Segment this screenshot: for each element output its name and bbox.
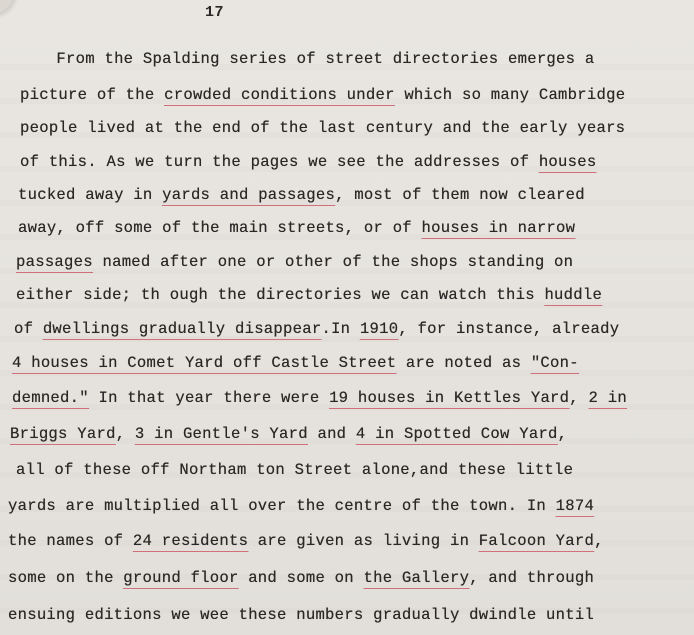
text-line: 4 houses in Comet Yard off Castle Street… [12, 354, 579, 372]
text-segment: , and through [469, 569, 594, 587]
underlined-phrase: huddle [544, 286, 602, 304]
text-line: of this. As we turn the pages we see the… [20, 153, 596, 171]
text-line: demned." In that year there were 19 hous… [12, 389, 627, 407]
text-line: the names of 24 residents are given as l… [8, 532, 604, 550]
text-segment: , most of them now cleared [335, 186, 585, 204]
underlined-phrase: 19 houses in Kettles Yard [329, 389, 569, 407]
text-line: people lived at the end of the last cent… [20, 119, 625, 137]
text-segment: , for instance, already [398, 320, 619, 338]
text-segment: either side; th ough the directories we … [16, 286, 544, 304]
underlined-phrase: Falcoon Yard [479, 532, 594, 550]
underlined-phrase: "Con- [531, 354, 579, 372]
text-segment: are given as living in [248, 532, 479, 550]
text-segment: and some on [239, 569, 364, 587]
underlined-phrase: 1874 [556, 497, 594, 515]
text-segment: all of these off Northam ton Street alon… [16, 461, 573, 479]
text-segment: , [558, 425, 568, 443]
text-line: picture of the crowded conditions under … [20, 86, 625, 104]
text-segment: In that year there were [89, 389, 329, 407]
underlined-phrase: the Gallery [364, 569, 470, 587]
text-segment: of [14, 320, 43, 338]
text-segment: and [308, 425, 356, 443]
page-corner-curl [0, 0, 14, 14]
text-line: Briggs Yard, 3 in Gentle's Yard and 4 in… [10, 425, 567, 443]
text-segment: of this. As we turn the pages we see the… [20, 153, 539, 171]
underlined-phrase: demned." [12, 389, 89, 407]
underlined-phrase: 2 in [589, 389, 627, 407]
text-segment: named after one or other of the shops st… [93, 253, 573, 271]
underlined-phrase: houses in narrow [422, 219, 576, 237]
text-segment: yards are multiplied all over the centre… [8, 497, 556, 515]
underlined-phrase: ground floor [123, 569, 238, 587]
underlined-phrase: crowded conditions under [164, 86, 395, 104]
underlined-phrase: yards and passages [162, 186, 335, 204]
text-line: From the Spalding series of street direc… [18, 50, 594, 68]
text-segment: .In [321, 320, 359, 338]
text-segment: picture of the [20, 86, 164, 104]
page-number: 17 [205, 4, 224, 21]
text-line: some on the ground floor and some on the… [8, 569, 594, 587]
text-segment: people lived at the end of the last cent… [20, 119, 625, 137]
text-segment: , [116, 425, 135, 443]
text-line: tucked away in yards and passages, most … [18, 186, 585, 204]
text-segment: the names of [8, 532, 133, 550]
underlined-phrase: 4 houses in Comet Yard off Castle Street [12, 354, 396, 372]
text-segment: , [569, 389, 588, 407]
underlined-phrase: 3 in Gentle's Yard [135, 425, 308, 443]
text-line: away, off some of the main streets, or o… [18, 219, 575, 237]
text-line: ensuing editions we wee these numbers gr… [8, 606, 594, 624]
text-segment: away, off some of the main streets, or o… [18, 219, 422, 237]
text-segment: ensuing editions we wee these numbers gr… [8, 606, 594, 624]
text-line: either side; th ough the directories we … [16, 286, 602, 304]
text-segment: are noted as [396, 354, 531, 372]
underlined-phrase: Briggs Yard [10, 425, 116, 443]
text-line: passages named after one or other of the… [16, 253, 573, 271]
text-line: yards are multiplied all over the centre… [8, 497, 594, 515]
underlined-phrase: 1910 [360, 320, 398, 338]
underlined-phrase: dwellings gradually disappear [43, 320, 322, 338]
underlined-phrase: houses [539, 153, 597, 171]
text-line: of dwellings gradually disappear.In 1910… [14, 320, 619, 338]
text-line: all of these off Northam ton Street alon… [16, 461, 573, 479]
text-segment: tucked away in [18, 186, 162, 204]
text-segment: From the Spalding series of street direc… [18, 50, 594, 68]
underlined-phrase: passages [16, 253, 93, 271]
underlined-phrase: 4 in Spotted Cow Yard [356, 425, 558, 443]
text-segment: some on the [8, 569, 123, 587]
text-segment: , [594, 532, 604, 550]
text-segment: which so many Cambridge [395, 86, 626, 104]
underlined-phrase: 24 residents [133, 532, 248, 550]
